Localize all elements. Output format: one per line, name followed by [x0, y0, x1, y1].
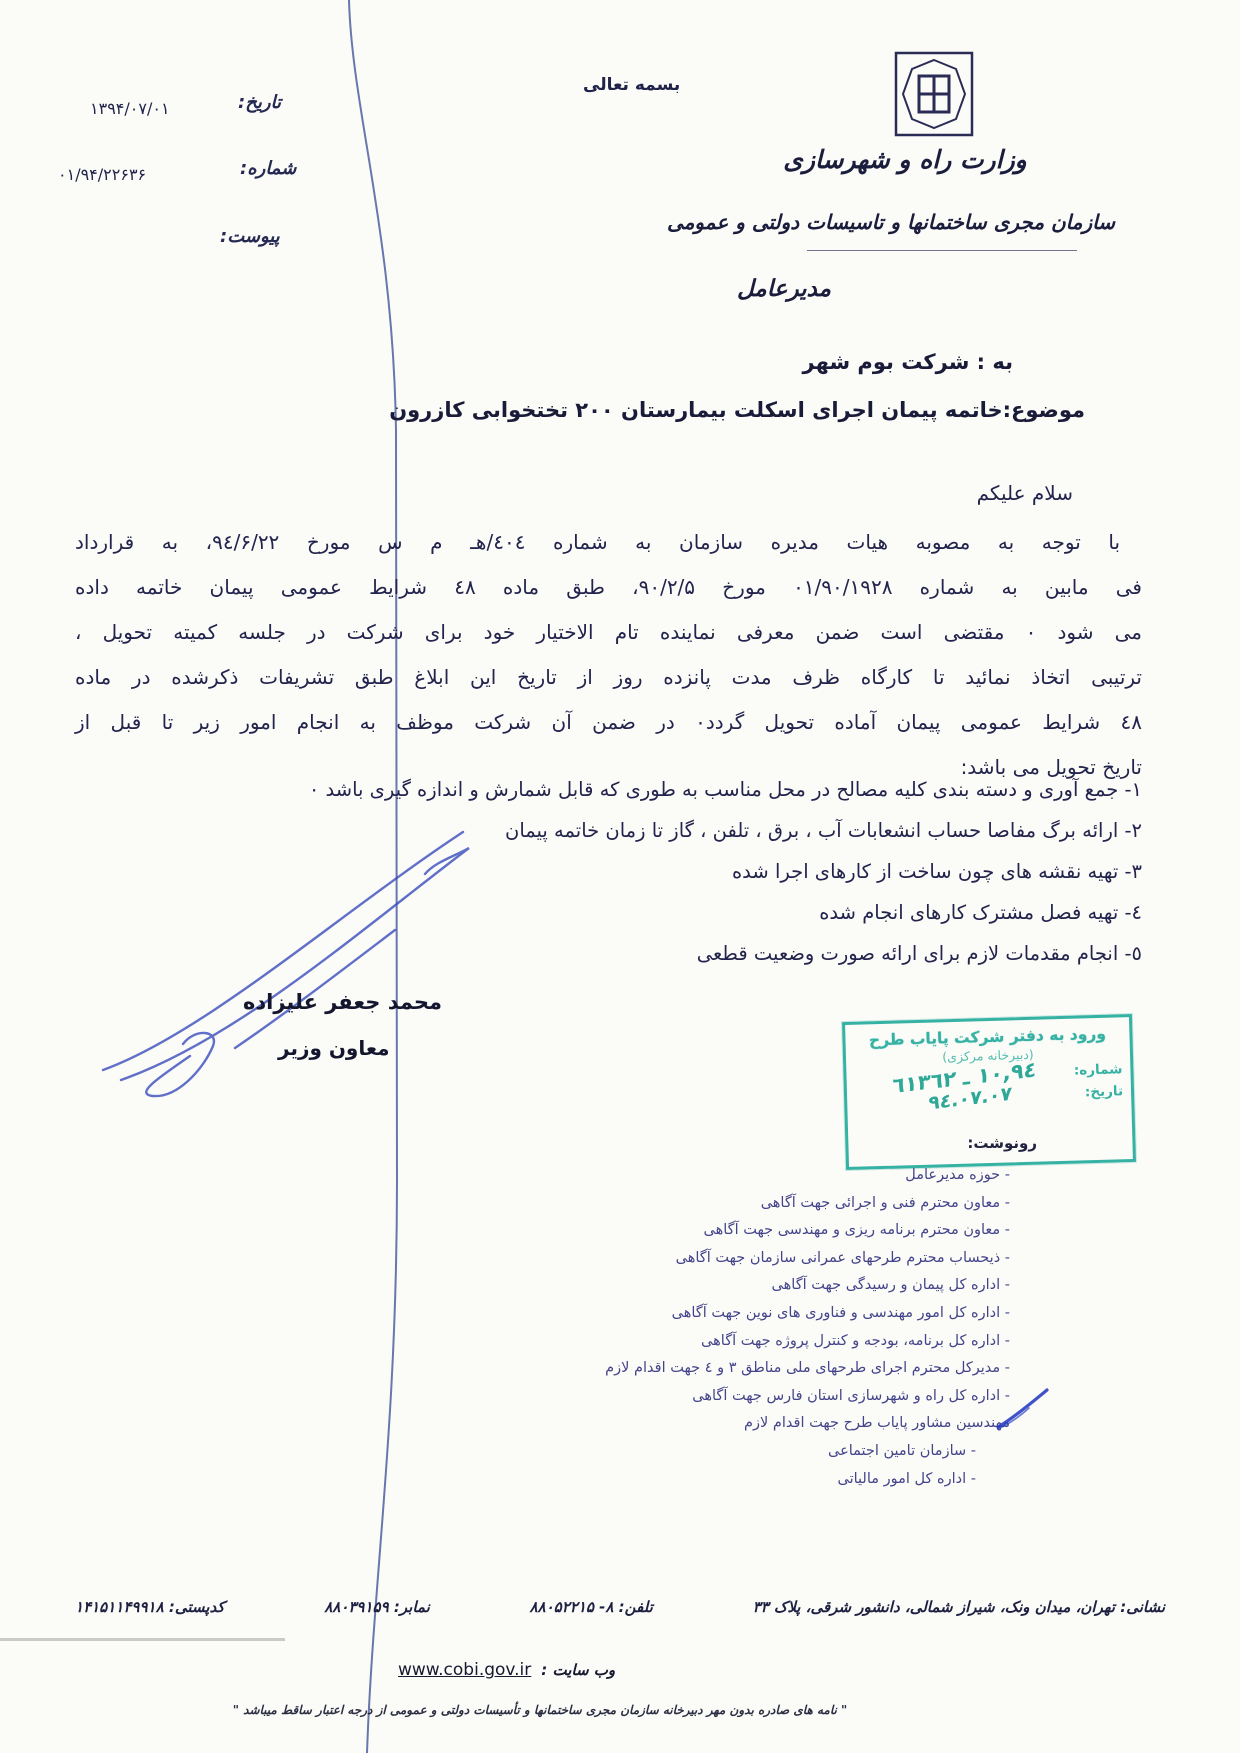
- website-label: وب سایت :: [541, 1661, 615, 1679]
- cc-item: - اداره کل راه و شهرسازی استان فارس جهت …: [605, 1383, 1010, 1411]
- body-line: می شود ۰ مقتضی است ضمن معرفی نماینده تام…: [75, 610, 1142, 655]
- obligation-item: ۱- جمع آوری و دسته بندی کلیه مصالح در مح…: [309, 769, 1142, 810]
- cc-item: - اداره کل امور مهندسی و فناوری های نوین…: [605, 1300, 1010, 1328]
- footer-website-row: وب سایت : www.cobi.gov.ir: [398, 1660, 615, 1680]
- footer-postal-code: کدپستی: ۱۴۱۵۱۱۴۹۹۱۸: [75, 1598, 224, 1616]
- obligation-item: ٤- تهیه فصل مشترک کارهای انجام شده: [309, 892, 1142, 933]
- cc-item: - اداره کل برنامه، بودجه و کنترل پروژه ج…: [605, 1328, 1010, 1356]
- cc-item: - ذیحساب محترم طرحهای عمرانی سازمان جهت …: [605, 1245, 1010, 1273]
- attachment-label: پیوست:: [220, 226, 280, 247]
- organization-underline: [807, 250, 1077, 251]
- subject-line: موضوع:خاتمه پیمان اجرای اسکلت بیمارستان …: [389, 398, 1085, 422]
- cc-item: - معاون محترم برنامه ریزی و مهندسی جهت آ…: [605, 1217, 1010, 1245]
- footer-phone: تلفن: ۸- ۸۸۰۵۲۲۱۵: [529, 1598, 652, 1616]
- body-line: فی مابین به شماره ۰۱/۹۰/۱۹۲۸ مورخ ۹۰/۲/۵…: [75, 565, 1142, 610]
- website-url: www.cobi.gov.ir: [398, 1660, 531, 1680]
- footer-fax: نمابر: ۸۸۰۳۹۱۵۹: [324, 1598, 430, 1616]
- cc-item: - معاون محترم فنی و اجرائی جهت آگاهی: [605, 1190, 1010, 1218]
- cc-item: - مدیرکل محترم اجرای طرحهای ملی مناطق ۳ …: [605, 1355, 1010, 1383]
- signatory-name: محمد جعفر علیزاده: [243, 990, 442, 1014]
- body-line: با توجه به مصوبه هیات مدیره سازمان به شم…: [75, 520, 1142, 565]
- body-paragraph: با توجه به مصوبه هیات مدیره سازمان به شم…: [75, 520, 1142, 790]
- organization-logo-icon: [893, 50, 975, 138]
- obligation-item: ٥- انجام مقدمات لازم برای ارائه صورت وضع…: [309, 933, 1142, 974]
- pen-checkmark: [995, 1387, 1053, 1431]
- footer-disclaimer: " نامه های صادره بدون مهر دبیرخانه سازما…: [230, 1703, 850, 1717]
- salutation-text: سلام علیکم: [977, 481, 1073, 505]
- scan-smudge-line: [0, 1638, 285, 1641]
- cc-item: - سازمان تامین اجتماعی: [605, 1438, 976, 1466]
- bismillah-text: بسمه تعالی: [583, 75, 680, 95]
- signatory-title: معاون وزیر: [278, 1036, 390, 1060]
- date-value: ۱۳۹۴/۰۷/۰۱: [90, 99, 170, 118]
- copy-to-label: رونوشت:: [967, 1134, 1037, 1152]
- number-value: ۰۱/۹۴/۲۲۶۳۶: [58, 165, 146, 184]
- ministry-name: وزارت راه و شهرسازی: [745, 145, 1065, 174]
- obligation-item: ۲- ارائه برگ مفاصا حساب انشعابات آب ، بر…: [309, 810, 1142, 851]
- obligations-list: ۱- جمع آوری و دسته بندی کلیه مصالح در مح…: [309, 769, 1142, 974]
- organization-name: سازمان مجری ساختمانها و تاسیسات دولتی و …: [695, 210, 1115, 234]
- body-line: ترتیبی اتخاذ نمائید تا کارگاه ظرف مدت پا…: [75, 655, 1142, 700]
- footer-address: نشانی: تهران، میدان ونک، شیراز شمالی، دا…: [753, 1598, 1165, 1616]
- cc-item: - اداره کل امور مالیاتی: [605, 1466, 976, 1494]
- number-label: شماره:: [240, 158, 296, 179]
- stamp-date-label: تاریخ:: [1085, 1083, 1124, 1100]
- footer-contact-line: نشانی: تهران، میدان ونک، شیراز شمالی، دا…: [75, 1598, 1165, 1616]
- copy-to-list: - حوزه مدیرعامل - معاون محترم فنی و اجرا…: [605, 1162, 1010, 1493]
- cc-item: - حوزه مدیرعامل: [605, 1162, 1010, 1190]
- cc-item: مهندسین مشاور پایاب طرح جهت اقدام لازم: [605, 1410, 1010, 1438]
- date-label: تاریخ:: [238, 92, 281, 113]
- cc-item: - اداره کل پیمان و رسیدگی جهت آگاهی: [605, 1272, 1010, 1300]
- body-line: ٤۸ شرایط عمومی پیمان آماده تحویل گردد۰ د…: [75, 700, 1142, 745]
- signing-office-title: مدیرعامل: [737, 276, 831, 302]
- obligation-item: ۳- تهیه نقشه های چون ساخت از کارهای اجرا…: [309, 851, 1142, 892]
- recipient-line: به : شرکت بوم شهر: [803, 350, 1013, 374]
- scanned-letter-page: تاریخ: ۱۳۹۴/۰۷/۰۱ شماره: ۰۱/۹۴/۲۲۶۳۶ پیو…: [0, 0, 1240, 1753]
